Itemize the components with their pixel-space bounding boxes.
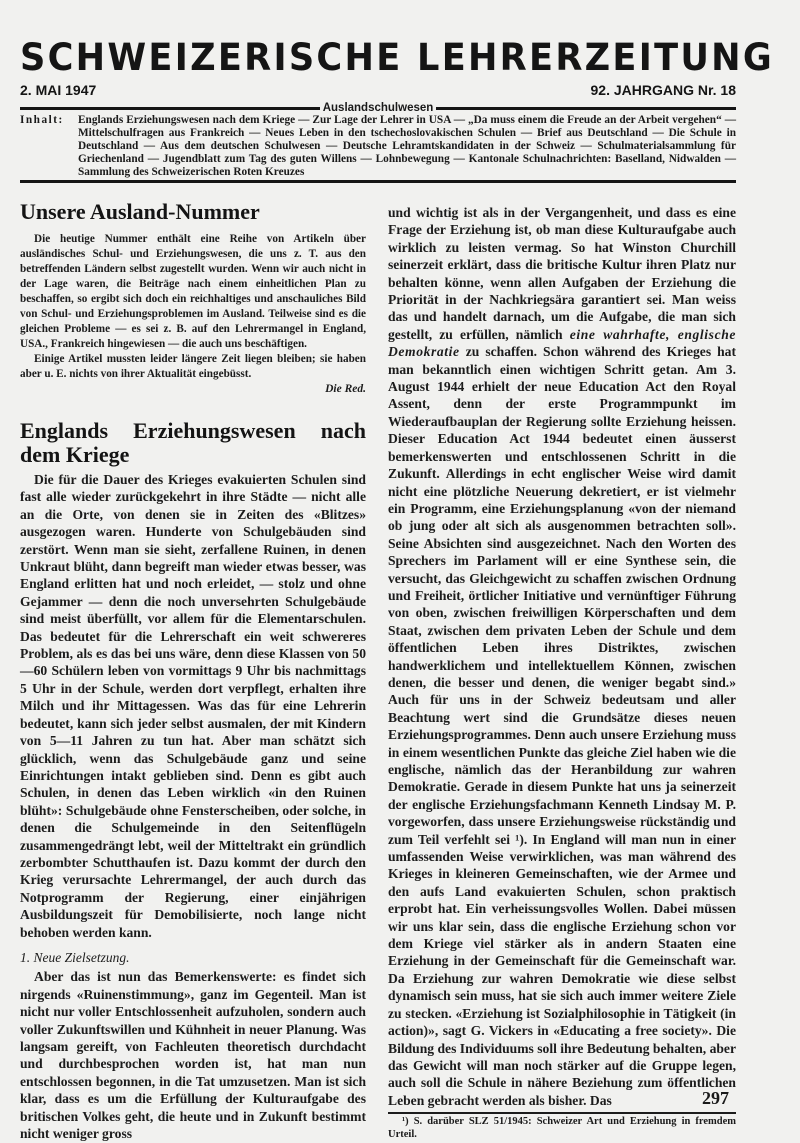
intro-title: Unsere Ausland-Nummer	[20, 200, 366, 224]
text-run: zu schaffen. Schon während des Krieges h…	[388, 344, 736, 1107]
section-rule: Auslandschulwesen	[20, 101, 736, 115]
article-subhead: 1. Neue Zielsetzung.	[20, 949, 366, 966]
intro-signature: Die Red.	[20, 382, 366, 397]
rule-line	[20, 107, 320, 110]
article-paragraph: Aber das ist nun das Bemerkenswerte: es …	[20, 968, 366, 1142]
article-paragraph: Die für die Dauer des Krieges evakuierte…	[20, 471, 366, 941]
article-title: Englands Erziehungswesen nach dem Kriege	[20, 419, 366, 467]
footnote-divider	[388, 1112, 736, 1114]
left-column: Unsere Ausland-Nummer Die heutige Nummer…	[20, 200, 366, 1142]
issue-date: 2. MAI 1947	[20, 82, 96, 98]
intro-paragraph: Die heutige Nummer enthält eine Reihe vo…	[20, 232, 366, 352]
footnote: ¹) S. darüber SLZ 51/1945: Schweizer Art…	[388, 1116, 736, 1141]
toc-lead: Inhalt:	[20, 114, 78, 127]
toc-divider	[20, 180, 736, 183]
rule-line	[436, 107, 736, 110]
issue-number: 92. JAHRGANG Nr. 18	[591, 82, 737, 98]
article-body-left: Die für die Dauer des Krieges evakuierte…	[20, 471, 366, 1142]
page-number: 297	[702, 1088, 729, 1109]
right-column: und wichtig ist als in der Vergangenheit…	[388, 204, 736, 1141]
article-paragraph-continued: und wichtig ist als in der Vergangenheit…	[388, 204, 736, 1109]
text-run: und wichtig ist als in der Vergangenheit…	[388, 205, 736, 342]
intro-body: Die heutige Nummer enthält eine Reihe vo…	[20, 232, 366, 397]
table-of-contents: Inhalt: Englands Erziehungswesen nach de…	[20, 114, 736, 179]
masthead-title: SCHWEIZERISCHE LEHRERZEITUNG	[20, 38, 700, 78]
toc-text: Englands Erziehungswesen nach dem Kriege…	[78, 114, 736, 179]
intro-paragraph: Einige Artikel mussten leider längere Ze…	[20, 352, 366, 382]
section-label: Auslandschulwesen	[320, 102, 437, 114]
